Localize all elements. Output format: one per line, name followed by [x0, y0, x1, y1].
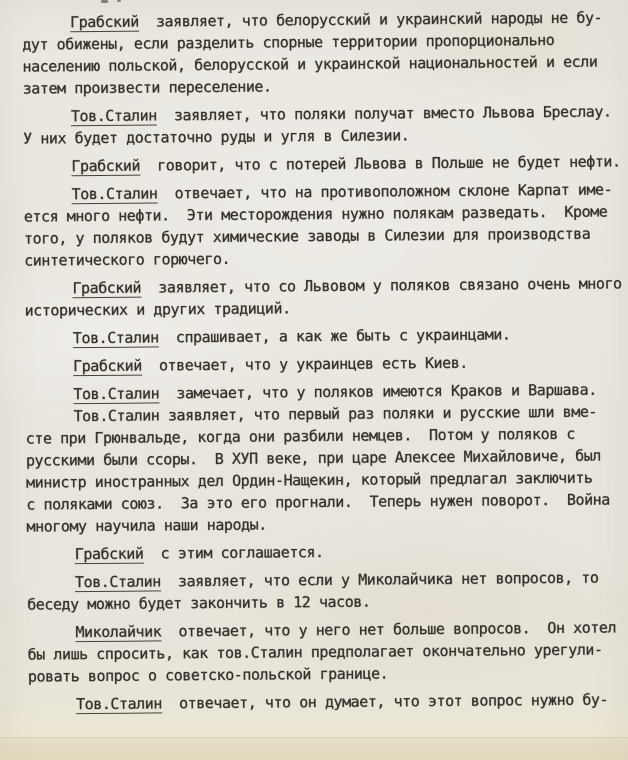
paragraph: Грабский заявляет, что белорусский и укр… [22, 6, 619, 99]
paragraph: Грабский заявляет, что со Львовом у поля… [24, 272, 620, 321]
first-line: Тов.Сталин отвечает, что он думает, что … [28, 688, 624, 715]
speech-text: отвечает, что у него нет больше вопросов… [161, 618, 616, 640]
cut-off-line-remnant [101, 0, 108, 3]
text-line: беседу можно будет закончить в 12 часов. [27, 588, 623, 615]
speaker-name: Миколайчик [75, 622, 161, 642]
paragraph: Грабский отвечает, что у украинцев есть … [25, 350, 621, 377]
speaker-name: Грабский [71, 157, 140, 177]
speaker-name: Тов.Сталин [73, 406, 159, 425]
speech-text: заявляет, что белорусский и украинский н… [139, 9, 603, 31]
speaker-name: Тов.Сталин [71, 106, 157, 126]
speaker-name: Грабский [73, 357, 142, 377]
speaker-name: Тов.Сталин [76, 694, 162, 714]
speech-text: заявляет, что со Львовом у поляков связа… [141, 274, 622, 296]
speaker-name: Тов.Сталин [73, 328, 159, 348]
first-line: Тов.Сталин спрашивает, а как же быть с у… [25, 322, 621, 349]
speech-text: заявляет, что если у Миколайчика нет воп… [161, 569, 599, 591]
text-line: исторических и других традиций. [25, 294, 621, 321]
paragraph: Грабский с этим соглашается. [27, 538, 623, 565]
paragraph: Миколайчик отвечает, что у него нет боль… [27, 616, 624, 687]
speaker-name: Тов.Сталин [72, 184, 158, 204]
page-bottom-edge [0, 737, 628, 760]
text-line: затем произвести переселение. [23, 72, 619, 99]
document-text: Грабский заявляет, что белорусский и укр… [22, 6, 624, 715]
paragraph: Тов.Сталин заявляет, что первый раз поля… [25, 400, 622, 537]
speech-text: отвечает, что он думает, что этот вопрос… [162, 691, 608, 713]
speech-text: отвечает, что у украинцев есть Киев. [142, 354, 468, 375]
speech-text: заявляет, что поляки получат вместо Льво… [157, 102, 612, 124]
first-line: Грабский с этим соглашается. [27, 538, 623, 565]
speech-text: спрашивает, а как же быть с украинцами. [159, 325, 511, 346]
speaker-name: Тов.Сталин [73, 384, 159, 404]
cut-off-line-remnant [117, 0, 121, 2]
paragraph: Тов.Сталин заявляет, что поляки получат … [23, 100, 619, 149]
speaker-name: Тов.Сталин [75, 572, 161, 592]
text-line: синтетического горючего. [24, 244, 620, 271]
text-line: ровать вопрос о советско-польской границ… [28, 660, 624, 687]
document-page: Грабский заявляет, что белорусский и укр… [0, 0, 628, 760]
paragraph: Тов.Сталин отвечает, что на противополож… [24, 178, 621, 271]
speaker-name: Грабский [70, 13, 139, 33]
first-line: Грабский говорит, что с потерей Львова в… [23, 150, 619, 177]
speaker-name: Грабский [72, 279, 141, 299]
text-line: многому научила наши народы. [26, 510, 622, 537]
paragraph: Грабский говорит, что с потерей Львова в… [23, 150, 619, 177]
first-line: Грабский отвечает, что у украинцев есть … [25, 350, 621, 377]
paragraph: Тов.Сталин заявляет, что если у Миколайч… [27, 566, 623, 615]
speech-text: с этим соглашается. [143, 543, 323, 563]
speech-text: замечает, что у поляков имеются Краков и… [159, 381, 597, 403]
text-line: У них будет достаточно руды и угля в Сил… [23, 122, 619, 149]
speech-text: заявляет, что первый раз поляки и русски… [159, 403, 597, 425]
speech-text: отвечает, что на противоположном склоне … [157, 180, 612, 202]
paragraph: Тов.Сталин отвечает, что он думает, что … [28, 688, 624, 715]
speech-text: говорит, что с потерей Львова в Польше н… [140, 152, 621, 174]
paragraph: Тов.Сталин спрашивает, а как же быть с у… [25, 322, 621, 349]
speaker-name: Грабский [75, 545, 144, 565]
